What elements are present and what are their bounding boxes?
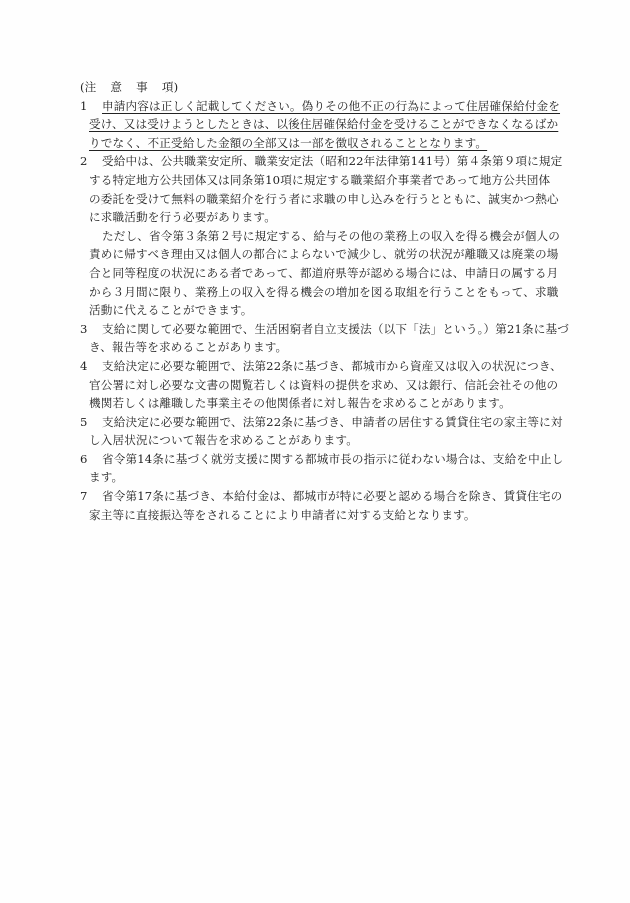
item-text: ます。 (89, 470, 123, 484)
note-item-6-line: ます。 (80, 468, 558, 487)
note-item-1-line: 1申請内容は正しく記載してください。偽りその他不正の行為によって住居確保給付金を (80, 97, 558, 116)
item-text: 機関若しくは離職した事業主その他関係者に対し報告を求めることがあります。 (89, 396, 511, 410)
item-number: 4 (80, 357, 102, 376)
item-text: 省令第14条に基づく就労支援に関する都城市長の指示に従わない場合は、支給を中止し (102, 452, 563, 466)
heading-char: 項) (162, 78, 178, 97)
note-item-5-line: 5支給決定に必要な範囲で、法第22条に基づき、申請者の居住する賃貸住宅の家主等に… (80, 413, 558, 432)
note-item-2-line: ただし、省令第３条第２号に規定する、給与その他の業務上の収入を得る機会が個人の (80, 227, 558, 246)
heading-char: (注 (80, 78, 96, 97)
item-number: 6 (80, 450, 102, 469)
item-text: 責めに帰すべき理由又は個人の都合によらないで減少し、就労の状況が離職又は廃業の場 (89, 247, 559, 261)
note-item-3-line: き、報告等を求めることがあります。 (80, 338, 558, 357)
note-item-2-line: 合と同等程度の状況にある者であって、都道府県等が認める場合には、申請日の属する月 (80, 264, 558, 283)
item-text: 合と同等程度の状況にある者であって、都道府県等が認める場合には、申請日の属する月 (89, 266, 558, 280)
heading-char: 意 (110, 78, 122, 97)
note-item-3-line: 3支給に関して必要な範囲で、生活困窮者自立支援法（以下「法」という。）第21条に… (80, 320, 558, 339)
note-item-2-line: 活動に代えることができます。 (80, 301, 558, 320)
item-text: の委託を受けて無料の職業紹介を行う者に求職の申し込みを行うとともに、誠実かつ熱心 (89, 192, 559, 206)
note-item-2-line: に求職活動を行う必要があります。 (80, 208, 558, 227)
item-text: し入居状況について報告を求めることがあります。 (89, 433, 358, 447)
note-item-7-line: 7省令第17条に基づき、本給付金は、都城市が特に必要と認める場合を除き、賃貸住宅… (80, 487, 558, 506)
item-text: 受給中は、公共職業安定所、職業安定法（昭和22年法律第141号）第４条第９項に規… (102, 154, 562, 168)
note-item-2-line: 2受給中は、公共職業安定所、職業安定法（昭和22年法律第141号）第４条第９項に… (80, 152, 558, 171)
note-item-2-line: する特定地方公共団体又は同条第10項に規定する職業紹介事業者であって地方公共団体 (80, 171, 558, 190)
item-text: 官公署に対し必要な文書の閲覧若しくは資料の提供を求め、又は銀行、信託会社その他の (89, 378, 558, 392)
note-item-1-line: りでなく、不正受給した金額の全部又は一部を徴収されることとなります。 (80, 134, 558, 153)
item-text: する特定地方公共団体又は同条第10項に規定する職業紹介事業者であって地方公共団体 (89, 173, 550, 187)
item-text: 支給決定に必要な範囲で、法第22条に基づき、申請者の居住する賃貸住宅の家主等に対 (102, 415, 563, 429)
heading-char: 事 (136, 78, 148, 97)
item-text: 申請内容は正しく記載してください。偽りその他不正の行為によって住居確保給付金を (102, 99, 560, 113)
note-item-1-line: 受け、又は受けようとしたときは、以後住居確保給付金を受けることができなくなるばか (80, 115, 558, 134)
notes-document: (注意事項) 1申請内容は正しく記載してください。偽りその他不正の行為によって住… (80, 78, 558, 524)
note-item-4-line: 官公署に対し必要な文書の閲覧若しくは資料の提供を求め、又は銀行、信託会社その他の (80, 376, 558, 395)
note-item-5-line: し入居状況について報告を求めることがあります。 (80, 431, 558, 450)
note-item-4-line: 4支給決定に必要な範囲で、法第22条に基づき、都城市から資産又は収入の状況につき… (80, 357, 558, 376)
item-text: ただし、省令第３条第２号に規定する、給与その他の業務上の収入を得る機会が個人の (102, 229, 560, 243)
item-number: 7 (80, 487, 102, 506)
item-text: 活動に代えることができます。 (89, 303, 253, 317)
item-number: 3 (80, 320, 102, 339)
item-text: に求職活動を行う必要があります。 (89, 210, 276, 224)
item-text: き、報告等を求めることがあります。 (89, 340, 287, 354)
item-number: 5 (80, 413, 102, 432)
note-item-6-line: 6省令第14条に基づく就労支援に関する都城市長の指示に従わない場合は、支給を中止… (80, 450, 558, 469)
item-text: 支給決定に必要な範囲で、法第22条に基づき、都城市から資産又は収入の状況につき、 (102, 359, 562, 373)
item-number: 1 (80, 97, 102, 116)
item-text: 受け、又は受けようとしたときは、以後住居確保給付金を受けることができなくなるばか (89, 117, 558, 131)
item-number: 2 (80, 152, 102, 171)
note-item-4-line: 機関若しくは離職した事業主その他関係者に対し報告を求めることがあります。 (80, 394, 558, 413)
item-text: 家主等に直接振込等をされることにより申請者に対する支給となります。 (89, 508, 476, 522)
item-text: 省令第17条に基づき、本給付金は、都城市が特に必要と認める場合を除き、賃貸住宅の (102, 489, 562, 503)
note-item-2-line: 責めに帰すべき理由又は個人の都合によらないで減少し、就労の状況が離職又は廃業の場 (80, 245, 558, 264)
item-text: 支給に関して必要な範囲で、生活困窮者自立支援法（以下「法」という。）第21条に基… (102, 322, 569, 336)
note-item-7-line: 家主等に直接振込等をされることにより申請者に対する支給となります。 (80, 506, 558, 525)
notes-heading: (注意事項) (80, 78, 558, 97)
note-item-2-line: から３月間に限り、業務上の収入を得る機会の増加を図る取組を行うことをもって、求職 (80, 283, 558, 302)
note-item-2-line: の委託を受けて無料の職業紹介を行う者に求職の申し込みを行うとともに、誠実かつ熱心 (80, 190, 558, 209)
item-text: りでなく、不正受給した金額の全部又は一部を徴収されることとなります。 (89, 136, 487, 150)
item-text: から３月間に限り、業務上の収入を得る機会の増加を図る取組を行うことをもって、求職 (89, 285, 559, 299)
